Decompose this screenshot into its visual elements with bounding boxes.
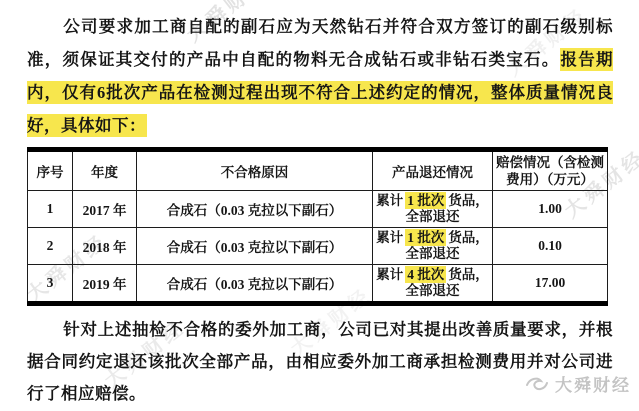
cell-no: 1 (28, 191, 73, 228)
return-line2: 全部退还 (376, 246, 489, 262)
brand-logo-text: 大舜财经 (555, 371, 631, 396)
return-highlighted-count: 4 批次 (405, 266, 446, 283)
brand-logo-icon (525, 375, 551, 393)
cell-reason: 合成石（0.03 克拉以下副石） (137, 228, 373, 265)
intro-paragraph: 公司要求加工商自配的副石应为天然钻石并符合双方签订的副石级别标准，须保证其交付的… (27, 10, 613, 142)
cell-reason: 合成石（0.03 克拉以下副石） (137, 191, 373, 228)
return-suffix: 货品， (448, 193, 489, 208)
brand-logo: 大舜财经 (525, 371, 631, 396)
column-header-compensation: 赔偿情况（含检测费用）（万元） (493, 150, 608, 191)
column-header-return: 产品退还情况 (373, 150, 493, 191)
cell-year: 2019 年 (73, 265, 137, 304)
return-prefix: 累计 (376, 230, 403, 245)
cell-year: 2018 年 (73, 228, 137, 265)
table-row: 1 2017 年 合成石（0.03 克拉以下副石） 累计1 批次货品， 全部退还… (28, 191, 608, 228)
return-suffix: 货品， (448, 267, 489, 282)
column-header-year: 年度 (73, 150, 137, 191)
return-highlighted-count: 1 批次 (405, 192, 446, 209)
cell-year: 2017 年 (73, 191, 137, 228)
table-row: 3 2019 年 合成石（0.03 克拉以下副石） 累计4 批次货品， 全部退还… (28, 265, 608, 304)
cell-return: 累计4 批次货品， 全部退还 (373, 265, 493, 304)
return-prefix: 累计 (376, 267, 403, 282)
intro-text: 公司要求加工商自配的副石应为天然钻石并符合双方签订的副石级别标准，须保证其交付的… (27, 17, 613, 69)
return-line2: 全部退还 (376, 283, 489, 299)
cell-return: 累计1 批次货品， 全部退还 (373, 191, 493, 228)
return-line1: 累计1 批次货品， (376, 230, 489, 246)
return-suffix: 货品， (448, 230, 489, 245)
return-line1: 累计4 批次货品， (376, 267, 489, 283)
table-header-row: 序号 年度 不合格原因 产品退还情况 赔偿情况（含检测费用）（万元） (28, 150, 608, 191)
cell-amount: 1.00 (493, 191, 608, 228)
return-prefix: 累计 (376, 193, 403, 208)
column-header-reason: 不合格原因 (137, 150, 373, 191)
cell-amount: 17.00 (493, 265, 608, 304)
cell-return: 累计1 批次货品， 全部退还 (373, 228, 493, 265)
cell-no: 3 (28, 265, 73, 304)
document-page: 大舜财经 大舜财经 大舜财经 大舜财经 大舜财经 大舜财经 公司要求加工商自配的… (0, 0, 639, 411)
return-highlighted-count: 1 批次 (405, 229, 446, 246)
return-line2: 全部退还 (376, 209, 489, 225)
return-line1: 累计1 批次货品， (376, 193, 489, 209)
column-header-no: 序号 (28, 150, 73, 191)
cell-amount: 0.10 (493, 228, 608, 265)
cell-reason: 合成石（0.03 克拉以下副石） (137, 265, 373, 304)
defect-batches-table: 序号 年度 不合格原因 产品退还情况 赔偿情况（含检测费用）（万元） 1 201… (27, 147, 608, 306)
table-row: 2 2018 年 合成石（0.03 克拉以下副石） 累计1 批次货品， 全部退还… (28, 228, 608, 265)
cell-no: 2 (28, 228, 73, 265)
